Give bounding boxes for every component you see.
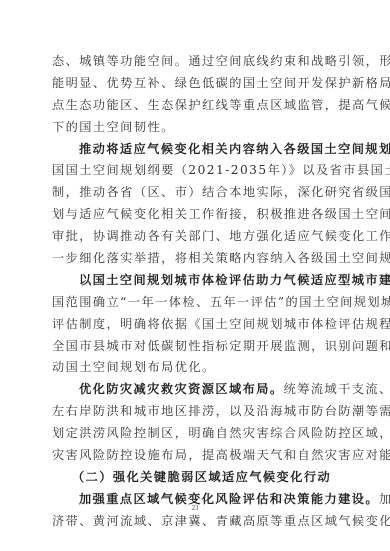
paragraph-start: 优化防灾减灾救灾资源区域布局。统筹流域干支流、上下游、 [52,379,342,401]
document-page: 态、城镇等功能空间。通过空间底线约束和战略引领，形成主体功 能明显、优势互补、绿… [0,0,390,551]
text-line: 灾害风险防控设施布局，提高极端天气和自然灾害应对能力。 [52,445,342,467]
page-number: 23 [0,504,390,512]
text-line: 审批，协调推动各有关部门、地方强化适应气候变化工作策略，进 [52,226,342,248]
text-line: 点生态功能区、生态保护红线等重点区域监管，提高气候变化背景 [52,95,342,117]
text-line: 划定洪涝风险控制区，明确自然灾害综合风险防控区域，优化洪涝 [52,423,342,445]
text-line: 态、城镇等功能空间。通过空间底线约束和战略引领，形成主体功 [52,51,342,73]
document-body: 态、城镇等功能空间。通过空间底线约束和战略引领，形成主体功 能明显、优势互补、绿… [52,51,342,533]
text-line: 一步细化落实举措，将相关策略内容纳入各级国土空间规划。 [52,248,342,270]
text-line: 能明显、优势互补、绿色低碳的国土空间开发保护新格局。加强重 [52,73,342,95]
paragraph-start: 推动将适应气候变化相关内容纳入各级国土空间规划。结合《全 [52,139,342,161]
text-line: 划与适应气候变化相关工作衔接，积极推进各级国土空间规划审核、 [52,204,342,226]
paragraph-lead-bold: 以国土空间规划城市体检评估助力气候适应型城市建设。 [79,273,390,287]
text-line: 动国土空间规划布局优化。 [52,357,342,379]
text-line: 全国市县城市对低碳韧性指标定期开展监测，识别问题和短板，推 [52,336,342,358]
text-line: 评估制度，明确将依据《国土空间规划城市体检评估规程》，推动 [52,314,342,336]
text-line: 济带、黄河流域、京津冀、青藏高原等重点区域气候变化影响和风 [52,511,342,533]
text-line: 国国土空间规划纲要（2021-2035年）》以及省市县国土空间规划编 [52,160,342,182]
text-line: 左右岸防洪和城市地区排涝，以及沿海城市防台防潮等需求，科学 [52,401,342,423]
text-line: 下的国土空间韧性。 [52,117,342,139]
section-heading: （二）强化关键脆弱区域适应气候变化行动 [52,467,342,489]
paragraph-lead-bold: 推动将适应气候变化相关内容纳入各级国土空间规划。 [79,142,390,156]
text-line: 国范围确立“一年一体检、五年一评估”的国土空间规划城市体检 [52,292,342,314]
paragraph-lead-bold: 优化防灾减灾救灾资源区域布局。 [79,382,284,396]
paragraph-start: 以国土空间规划城市体检评估助力气候适应型城市建设。在全 [52,270,342,292]
text-line: 制，推动各省（区、市）结合本地实际，深化研究省级国土空间规 [52,182,342,204]
